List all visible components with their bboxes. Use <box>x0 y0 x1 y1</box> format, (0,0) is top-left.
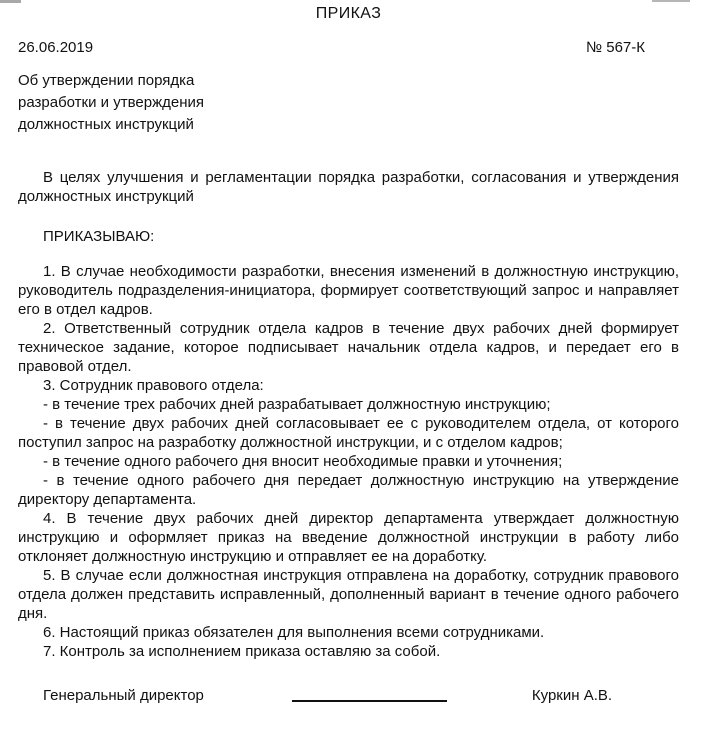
border-fragment-right <box>652 0 690 2</box>
document-subject: Об утверждении порядкаразработки и утвер… <box>18 70 679 136</box>
order-paragraph: 1. В случае необходимости разработки, вн… <box>18 262 679 319</box>
order-paragraph: 6. Настоящий приказ обязателен для выпол… <box>18 623 679 642</box>
order-paragraph: - в течение одного рабочего дня вносит н… <box>18 452 679 471</box>
border-fragment-left <box>0 0 21 3</box>
signature-line <box>292 700 447 702</box>
document-page: ПРИКАЗ 26.06.2019 № 567-К Об утверждении… <box>0 0 701 735</box>
signature-name: Куркин А.В. <box>532 686 612 705</box>
subject-line: должностных инструкций <box>18 114 679 136</box>
order-paragraphs: 1. В случае необходимости разработки, вн… <box>18 262 679 661</box>
signature-position: Генеральный директор <box>43 686 204 705</box>
order-paragraph: - в течение трех рабочих дней разрабатыв… <box>18 395 679 414</box>
directive-word: ПРИКАЗЫВАЮ: <box>18 227 679 246</box>
signature-row: Генеральный директор Куркин А.В. <box>18 686 679 705</box>
preamble-paragraph: В целях улучшения и регламентации порядк… <box>18 168 679 206</box>
document-number: № 567-К <box>586 38 645 57</box>
document-title: ПРИКАЗ <box>18 5 679 23</box>
order-paragraph: 3. Сотрудник правового отдела: <box>18 376 679 395</box>
meta-row: 26.06.2019 № 567-К <box>18 38 679 57</box>
document-date: 26.06.2019 <box>18 38 93 57</box>
order-paragraph: 5. В случае если должностная инструкция … <box>18 566 679 623</box>
order-paragraph: - в течение двух рабочих дней согласовыв… <box>18 414 679 452</box>
subject-line: разработки и утверждения <box>18 92 679 114</box>
order-paragraph: 4. В течение двух рабочих дней директор … <box>18 509 679 566</box>
subject-line: Об утверждении порядка <box>18 70 679 92</box>
order-paragraph: - в течение одного рабочего дня передает… <box>18 471 679 509</box>
order-paragraph: 2. Ответственный сотрудник отдела кадров… <box>18 319 679 376</box>
order-paragraph: 7. Контроль за исполнением приказа остав… <box>18 642 679 661</box>
